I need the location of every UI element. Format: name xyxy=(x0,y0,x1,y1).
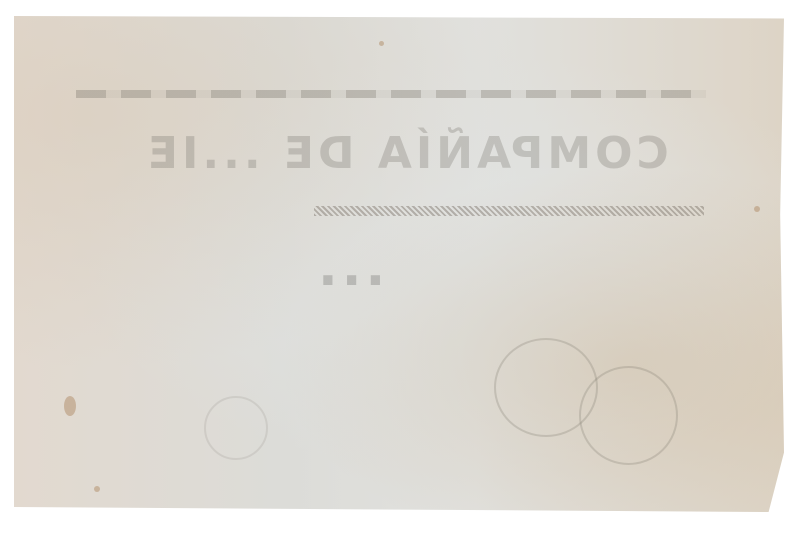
mirrored-heading: COMPAÑÍA DE ...IE xyxy=(144,128,669,179)
stain-spot xyxy=(754,206,760,212)
stain-spot xyxy=(64,396,76,416)
top-rule xyxy=(76,90,706,98)
paper-sheet: COMPAÑÍA DE ...IE ... xyxy=(14,16,784,512)
mirrored-subheading: ... xyxy=(314,238,385,298)
stain-spot xyxy=(379,41,384,46)
stain-spot xyxy=(94,486,100,492)
circular-stamp-right xyxy=(579,366,678,465)
faint-stamp-bottom-left xyxy=(204,396,268,460)
hatched-rule xyxy=(314,206,704,216)
